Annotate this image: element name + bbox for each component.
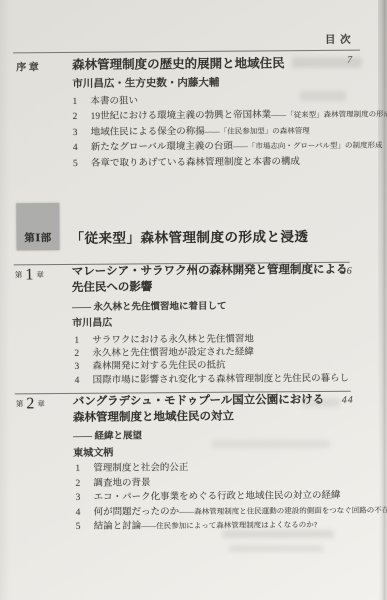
item-text: 管理制度と社会的公正 bbox=[93, 459, 188, 474]
bleedthrough-mark bbox=[300, 91, 346, 101]
item-text: 調査地の背景 bbox=[93, 474, 150, 488]
item-number: 2 bbox=[73, 112, 81, 122]
chapter1-title: マレーシア・サラワク州の森林開発と管理制度による 先住民への影響 bbox=[72, 263, 348, 297]
preface-chapter-title: 森林管理制度の歴史的展開と地域住民 bbox=[72, 53, 285, 73]
bleedthrough-mark bbox=[228, 545, 324, 552]
item-number: 3 bbox=[73, 128, 81, 138]
item-number: 1 bbox=[75, 464, 83, 474]
item-text: 何が問題だったのか――森林管理制度と住民運動の建設的側面をつなぐ回路の不在 bbox=[94, 501, 387, 517]
item-number: 3 bbox=[74, 362, 82, 372]
item-number: 2 bbox=[75, 478, 83, 488]
item-number: 1 bbox=[72, 97, 80, 107]
chapter1-page-number: 26 bbox=[341, 266, 353, 277]
book-toc-photo: { "header": { "title": "目 次" }, "preface… bbox=[0, 0, 387, 600]
item-number: 5 bbox=[76, 522, 84, 532]
chapter1-author: 市川昌広 bbox=[72, 314, 112, 329]
item-number: 4 bbox=[75, 375, 83, 385]
page-content: 目 次 序 章 森林管理制度の歴史的展開と地域住民 7 市川昌広・生方史数・内藤… bbox=[0, 0, 387, 600]
page-edge-fade bbox=[378, 0, 387, 600]
preface-authors: 市川昌広・生方史数・内藤大輔 bbox=[72, 75, 219, 91]
toc-page-header: 目 次 bbox=[325, 32, 352, 47]
chapter1-section-list: 1 サラワクにおける永久林と先住慣習地 2 永久林と先住慣習地が設定された経緯 … bbox=[74, 330, 349, 385]
preface-section-list: 1 本書の狙い 2 19世紀における環境主義の勃興と帝国林業――「従来型」森林管… bbox=[72, 90, 387, 169]
bleedthrough-mark bbox=[302, 398, 340, 407]
chapter2-number: 第 2 章 bbox=[16, 396, 45, 412]
bleedthrough-mark bbox=[212, 440, 330, 448]
item-text: 国際市場に影響され変化する森林管理制度と先住民の暮らし bbox=[93, 369, 350, 385]
item-text: 新たなグローバル環境主義の台頭――「市場志向・グローバル型」の制度形成 bbox=[91, 137, 383, 153]
item-number: 4 bbox=[73, 143, 81, 153]
item-number: 2 bbox=[74, 349, 82, 359]
list-item: 4 国際市場に影響され変化する森林管理制度と先住民の暮らし bbox=[75, 369, 350, 384]
part-number-box: 第Ⅰ部 bbox=[16, 203, 59, 250]
chapter1-number: 第 1 章 bbox=[15, 267, 44, 283]
bleedthrough-mark bbox=[222, 530, 334, 538]
header-rule bbox=[13, 50, 360, 54]
chapter1-subtitle: ―― 永久林と先住慣習地に着目して bbox=[72, 298, 226, 313]
part-number-label: 第Ⅰ部 bbox=[24, 230, 52, 250]
item-number: 1 bbox=[74, 336, 82, 346]
list-item: 5 各章で取りあげている森林管理制度と本書の構成 bbox=[73, 152, 387, 170]
chapter2-page-number: 44 bbox=[342, 395, 354, 406]
chapter2-author: 東城文柄 bbox=[73, 444, 113, 459]
item-text: 地域住民による保全の称揚――「住民参加型」の森林管理 bbox=[91, 122, 310, 138]
item-text: 19世紀における環境主義の勃興と帝国林業――「従来型」森林管理制度の形成 bbox=[90, 106, 387, 122]
item-number: 3 bbox=[76, 493, 84, 503]
item-text: エコ・パーク化事業をめぐる行政と地域住民の対立の経緯 bbox=[93, 487, 340, 503]
chapter2-subtitle: ―― 経緯と展望 bbox=[73, 427, 142, 442]
preface-chapter-label: 序 章 bbox=[16, 58, 39, 73]
item-number: 5 bbox=[73, 158, 81, 168]
page-left-shade bbox=[0, 0, 10, 600]
item-text: 本書の狙い bbox=[90, 92, 138, 106]
item-text: 各章で取りあげている森林管理制度と本書の構成 bbox=[91, 153, 300, 169]
chapter2-section-list: 1 管理制度と社会的公正 2 調査地の背景 3 エコ・パーク化事業をめぐる行政と… bbox=[75, 457, 387, 532]
item-number: 4 bbox=[76, 507, 84, 517]
chapter2-title: バングラデシュ・モドゥプール国立公園における 森林管理制度と地域住民の対立 bbox=[73, 393, 325, 427]
part-title: 「従来型」森林管理制度の形成と浸透 bbox=[70, 225, 308, 247]
bleedthrough-mark bbox=[292, 57, 362, 68]
